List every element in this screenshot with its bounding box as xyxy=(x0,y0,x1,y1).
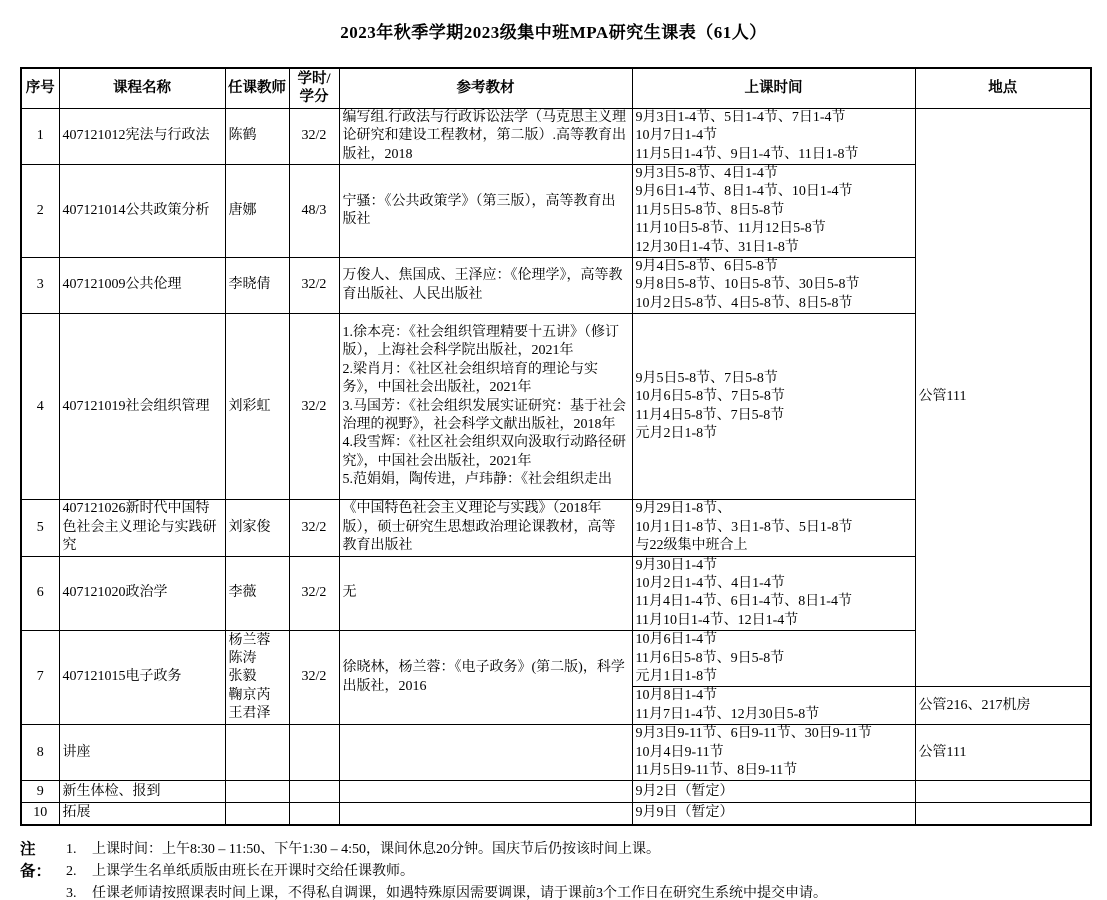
teacher-name: 陈鹤 xyxy=(225,108,289,164)
note-number: 1. xyxy=(66,839,92,861)
hours-credits xyxy=(289,803,339,825)
header-location: 地点 xyxy=(915,68,1091,108)
note-text: 上课时间：上午8:30 – 11:50、下午1:30 – 4:50，课间休息20… xyxy=(92,839,1080,861)
time-cell: 9月3日1-4节、5日1-4节、7日1-4节 10月7日1-4节 11月5日1-… xyxy=(632,108,915,164)
time-cell: 9月3日5-8节、4日1-4节 9月6日1-4节、8日1-4节、10日1-4节 … xyxy=(632,165,915,258)
textbook-cell: 1.徐本亮：《社会组织管理精要十五讲》（修订版），上海社会科学院出版社，2021… xyxy=(339,314,632,500)
note-item: 1. 上课时间：上午8:30 – 11:50、下午1:30 – 4:50，课间休… xyxy=(66,839,1080,861)
teacher-name: 刘家俊 xyxy=(225,500,289,556)
note-item: 3. 任课老师请按照课表时间上课，不得私自调课，如遇特殊原因需要调课，请于课前3… xyxy=(66,883,1080,900)
course-schedule-table: 序号 课程名称 任课教师 学时/ 学分 参考教材 上课时间 地点 1 40712… xyxy=(20,67,1092,826)
course-name: 407121012宪法与行政法 xyxy=(59,108,225,164)
time-cell: 9月5日5-8节、7日5-8节 10月6日5-8节、7日5-8节 11月4日5-… xyxy=(632,314,915,500)
teacher-name: 刘彩虹 xyxy=(225,314,289,500)
course-name: 新生体检、报到 xyxy=(59,781,225,803)
time-cell: 10月8日1-4节 11月7日1-4节、12月30日5-8节 xyxy=(632,687,915,725)
textbook-cell: 无 xyxy=(339,556,632,631)
hours-credits: 48/3 xyxy=(289,165,339,258)
notes-list: 1. 上课时间：上午8:30 – 11:50、下午1:30 – 4:50，课间休… xyxy=(66,839,1080,900)
header-row: 序号 课程名称 任课教师 学时/ 学分 参考教材 上课时间 地点 xyxy=(21,68,1091,108)
textbook-cell: 徐晓林，杨兰蓉：《电子政务》(第二版)，科学出版社，2016 xyxy=(339,631,632,725)
course-name: 407121014公共政策分析 xyxy=(59,165,225,258)
hours-credits: 32/2 xyxy=(289,631,339,725)
header-textbook: 参考教材 xyxy=(339,68,632,108)
row-no: 10 xyxy=(21,803,59,825)
hours-credits xyxy=(289,725,339,781)
textbook-cell xyxy=(339,803,632,825)
teacher-name xyxy=(225,781,289,803)
page-title: 2023年秋季学期2023级集中班MPA研究生课表（61人） xyxy=(0,18,1107,43)
note-number: 3. xyxy=(66,883,92,900)
time-cell: 9月2日（暂定） xyxy=(632,781,915,803)
table-row: 1 407121012宪法与行政法 陈鹤 32/2 编写组.行政法与行政诉讼法学… xyxy=(21,108,1091,164)
table-row: 10 拓展 9月9日（暂定） xyxy=(21,803,1091,825)
time-cell: 9月30日1-4节 10月2日1-4节、4日1-4节 11月4日1-4节、6日1… xyxy=(632,556,915,631)
row-no: 9 xyxy=(21,781,59,803)
note-item: 2. 上课学生名单纸质版由班长在开课时交给任课教师。 xyxy=(66,861,1080,883)
row-no: 5 xyxy=(21,500,59,556)
location-cell-lecture: 公管111 xyxy=(915,725,1091,781)
teacher-name: 李晓倩 xyxy=(225,258,289,314)
header-no: 序号 xyxy=(21,68,59,108)
teacher-name xyxy=(225,803,289,825)
location-cell xyxy=(915,781,1091,803)
row-no: 1 xyxy=(21,108,59,164)
course-name: 407121019社会组织管理 xyxy=(59,314,225,500)
time-cell: 9月4日5-8节、6日5-8节 9月8日5-8节、10日5-8节、30日5-8节… xyxy=(632,258,915,314)
teacher-name: 杨兰蓉 陈涛 张毅 鞠京芮 王君泽 xyxy=(225,631,289,725)
row-no: 4 xyxy=(21,314,59,500)
note-text: 任课老师请按照课表时间上课，不得私自调课，如遇特殊原因需要调课，请于课前3个工作… xyxy=(92,883,1080,900)
header-teacher: 任课教师 xyxy=(225,68,289,108)
time-cell: 9月29日1-8节、 10月1日1-8节、3日1-8节、5日1-8节 与22级集… xyxy=(632,500,915,556)
textbook-cell: 万俊人、焦国成、王泽应：《伦理学》，高等教育出版社、人民出版社 xyxy=(339,258,632,314)
row-no: 8 xyxy=(21,725,59,781)
course-name: 407121009公共伦理 xyxy=(59,258,225,314)
header-time: 上课时间 xyxy=(632,68,915,108)
course-name: 407121026新时代中国特色社会主义理论与实践研究 xyxy=(59,500,225,556)
hours-credits xyxy=(289,781,339,803)
row-no: 3 xyxy=(21,258,59,314)
header-course: 课程名称 xyxy=(59,68,225,108)
hours-credits: 32/2 xyxy=(289,500,339,556)
textbook-cell: 宁骚：《公共政策学》（第三版），高等教育出版社 xyxy=(339,165,632,258)
row-no: 6 xyxy=(21,556,59,631)
time-cell: 10月6日1-4节 11月6日5-8节、9日5-8节 元月1日1-8节 xyxy=(632,631,915,687)
table-row: 9 新生体检、报到 9月2日（暂定） xyxy=(21,781,1091,803)
course-name: 讲座 xyxy=(59,725,225,781)
course-name: 407121020政治学 xyxy=(59,556,225,631)
course-name: 拓展 xyxy=(59,803,225,825)
row-no: 2 xyxy=(21,165,59,258)
table-row: 8 讲座 9月3日9-11节、6日9-11节、30日9-11节 10月4日9-1… xyxy=(21,725,1091,781)
course-name: 407121015电子政务 xyxy=(59,631,225,725)
textbook-cell: 《中国特色社会主义理论与实践》（2018年版），硕士研究生思想政治理论课教材，高… xyxy=(339,500,632,556)
hours-credits: 32/2 xyxy=(289,258,339,314)
note-text: 上课学生名单纸质版由班长在开课时交给任课教师。 xyxy=(92,861,1080,883)
textbook-cell xyxy=(339,725,632,781)
hours-credits: 32/2 xyxy=(289,556,339,631)
teacher-name xyxy=(225,725,289,781)
row-no: 7 xyxy=(21,631,59,725)
teacher-name: 唐娜 xyxy=(225,165,289,258)
header-hours: 学时/ 学分 xyxy=(289,68,339,108)
hours-credits: 32/2 xyxy=(289,314,339,500)
note-number: 2. xyxy=(66,861,92,883)
notes-section: 注备： 1. 上课时间：上午8:30 – 11:50、下午1:30 – 4:50… xyxy=(20,839,1080,900)
location-cell-main: 公管111 xyxy=(915,108,1091,687)
location-cell xyxy=(915,803,1091,825)
schedule-page: 2023年秋季学期2023级集中班MPA研究生课表（61人） 序号 课程名称 任… xyxy=(0,0,1107,900)
time-cell: 9月3日9-11节、6日9-11节、30日9-11节 10月4日9-11节 11… xyxy=(632,725,915,781)
textbook-cell: 编写组.行政法与行政诉讼法学（马克思主义理论研究和建设工程教材，第二版）.高等教… xyxy=(339,108,632,164)
hours-credits: 32/2 xyxy=(289,108,339,164)
textbook-cell xyxy=(339,781,632,803)
teacher-name: 李薇 xyxy=(225,556,289,631)
notes-label: 注备： xyxy=(20,839,66,900)
time-cell: 9月9日（暂定） xyxy=(632,803,915,825)
location-cell-lab: 公管216、217机房 xyxy=(915,687,1091,725)
